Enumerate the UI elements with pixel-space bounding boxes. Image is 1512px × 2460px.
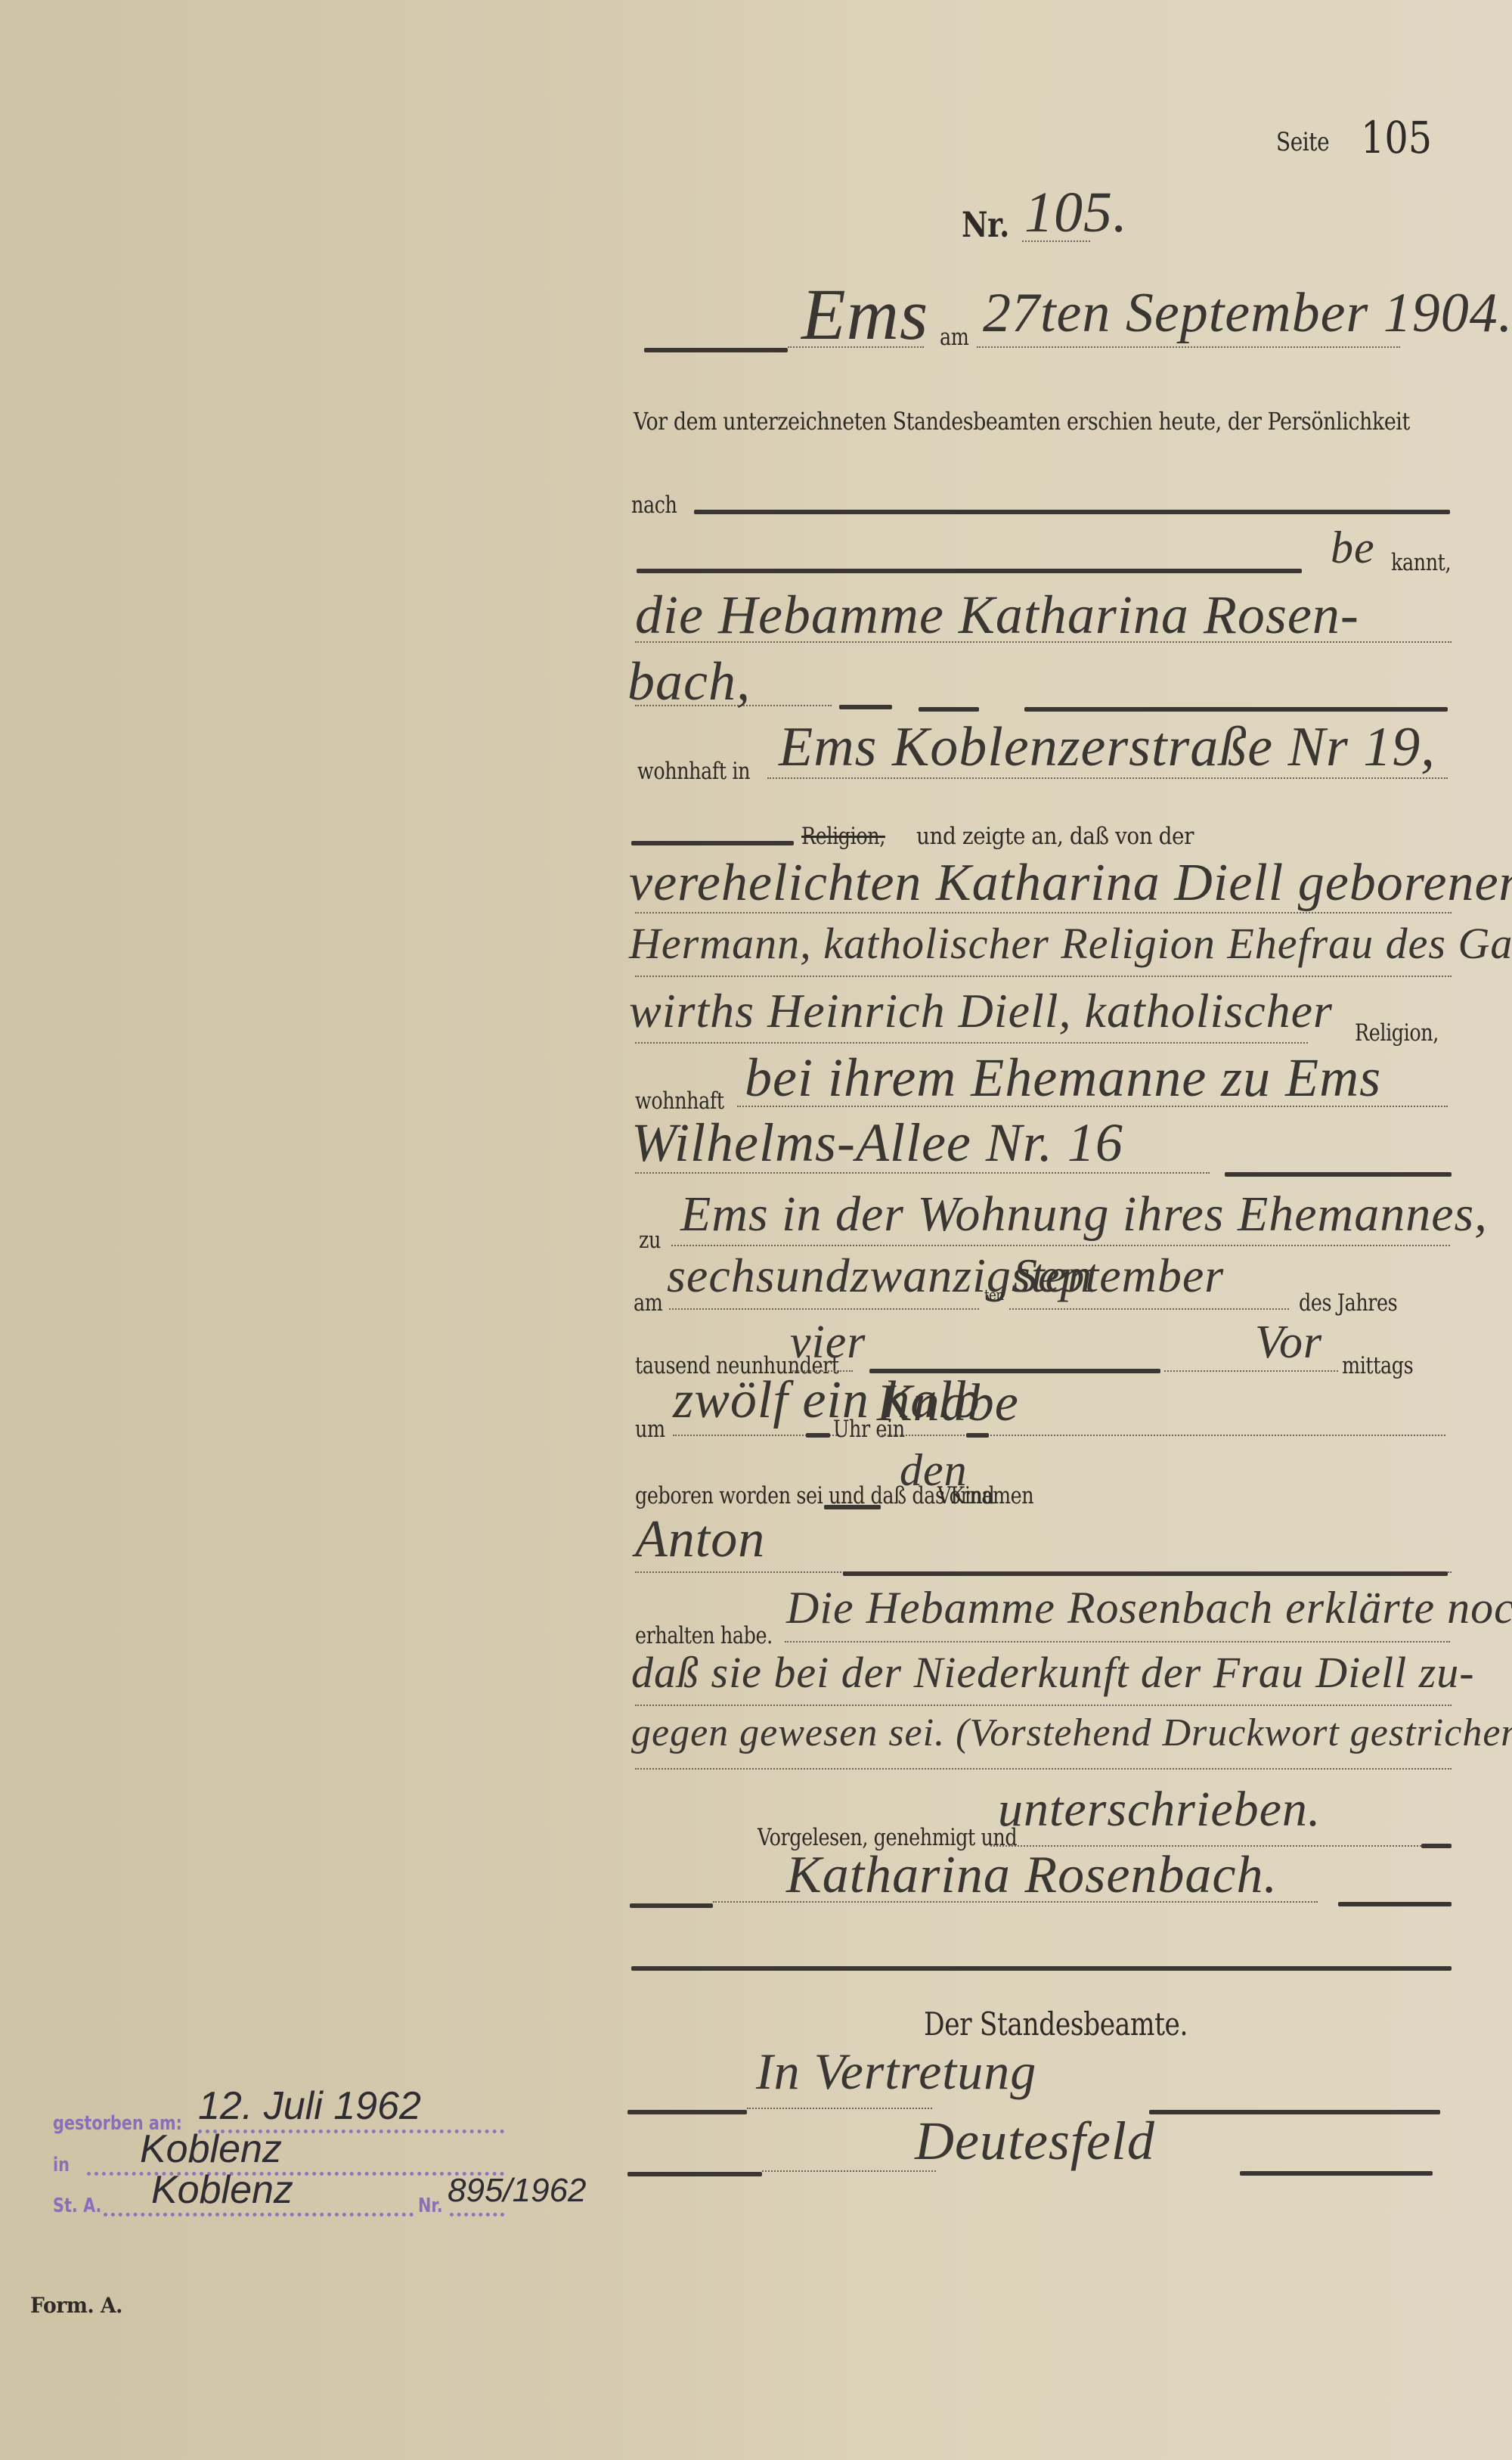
mother-line-2 — [635, 976, 1452, 977]
remark-line-3 — [635, 1768, 1452, 1770]
record-number-label: Nr. — [962, 204, 1009, 245]
official-line-2 — [762, 2170, 936, 2172]
um-label: um — [635, 1416, 665, 1443]
date-line — [977, 346, 1400, 348]
den-rule — [824, 1505, 881, 1509]
vorgelesen-rule — [1421, 1844, 1452, 1848]
mother-name-3: wirths Heinrich Diell, katholischer — [629, 983, 1333, 1039]
mittags-label: mittags — [1342, 1352, 1413, 1379]
form-label: Form. A. — [30, 2293, 122, 2318]
stamp-in-label: in — [53, 2154, 70, 2176]
remark-1: Die Hebamme Rosenbach erklärte noch, — [786, 1582, 1512, 1634]
bekannt-prefix: be — [1331, 522, 1375, 574]
separator-rule — [631, 1966, 1452, 1971]
mother-residence-2: Wilhelms-Allee Nr. 16 — [631, 1112, 1123, 1174]
vornamen-label: Vornamen — [937, 1482, 1033, 1509]
stamp-death-date: 12. Juli 1962 — [198, 2083, 421, 2129]
stamp-registry-line — [104, 2213, 414, 2216]
mother-residence-1: bei ihrem Ehemanne zu Ems — [745, 1047, 1381, 1109]
religion-rule — [631, 841, 794, 845]
official-rule-2a — [627, 2172, 762, 2176]
signature-rule-right — [1338, 1902, 1452, 1906]
stamp-nr-label: Nr. — [418, 2195, 443, 2217]
official-signature-2: Deutesfeld — [915, 2110, 1155, 2173]
ten-suffix: ten — [984, 1286, 1004, 1304]
wohnhaft-label: wohnhaft — [635, 1087, 724, 1115]
child-sex-rule — [966, 1433, 989, 1438]
bekannt-rule — [637, 569, 1302, 573]
birth-place-line — [671, 1245, 1450, 1246]
erhalten-label: erhalten habe. — [635, 1622, 773, 1649]
child-name: Anton — [635, 1509, 765, 1570]
registration-place: Ems — [801, 272, 928, 356]
informant-signature: Katharina Rosenbach. — [786, 1845, 1278, 1906]
official-signature-1: In Vertretung — [756, 2042, 1036, 2102]
informant-rule-b — [919, 707, 979, 712]
remark-2: daß sie bei der Niederkunft der Frau Die… — [631, 1647, 1475, 1698]
mother-line-3 — [635, 1042, 1308, 1044]
wohnhaft-in-label: wohnhaft in — [637, 758, 750, 785]
official-rule-2b — [1240, 2171, 1433, 2176]
am-label: am — [940, 324, 968, 351]
birth-month-line — [1009, 1308, 1289, 1310]
mother-name-2: Hermann, katholischer Religion Ehefrau d… — [629, 918, 1512, 969]
am-label-2: am — [634, 1289, 662, 1317]
informant-name-2: bach, — [627, 650, 751, 713]
intro-text: Vor dem unterzeichneten Standesbeamten e… — [634, 407, 1410, 436]
remark-line-1 — [785, 1641, 1450, 1643]
official-rule-1a — [627, 2110, 747, 2114]
und-zeigte-an-label: und zeigte an, daß von der — [916, 823, 1194, 850]
signature-rule-left — [630, 1903, 713, 1908]
child-sex-line — [878, 1435, 1445, 1436]
nach-rule — [694, 510, 1450, 514]
bekannt-label: kannt, — [1391, 549, 1451, 576]
mother-residence-rule — [1225, 1172, 1452, 1177]
birth-day-line — [669, 1308, 979, 1310]
registration-date: 27ten September 1904. — [983, 281, 1512, 346]
religion-struck-label: Religion, — [801, 823, 885, 850]
official-rule-1b — [1149, 2110, 1440, 2114]
page-number: 105 — [1361, 112, 1432, 163]
child-sex: Knabe — [877, 1373, 1019, 1434]
informant-rule-a — [839, 705, 892, 709]
remark-3: gegen gewesen sei. (Vorstehend Druckwort… — [631, 1711, 1512, 1755]
mother-name-1: verehelichten Katharina Diell geborenen — [629, 853, 1512, 914]
zu-label: zu — [639, 1227, 661, 1254]
unterschrieben-hand: unterschrieben. — [998, 1781, 1321, 1838]
standesbeamte-label: Der Standesbeamte. — [924, 2006, 1188, 2043]
stamp-death-place: Koblenz — [140, 2127, 282, 2172]
stamp-death-place-line — [87, 2172, 504, 2176]
stamp-registry-office: Koblenz — [151, 2167, 293, 2213]
stamp-nr-line — [450, 2213, 504, 2216]
des-jahres-label: des Jahres — [1299, 1289, 1397, 1317]
birth-time-rule — [806, 1433, 830, 1438]
birth-place: Ems in der Wohnung ihres Ehemannes, — [680, 1186, 1488, 1243]
vor-line — [1164, 1370, 1338, 1372]
place-rule — [644, 348, 788, 352]
informant-residence: Ems Koblenzerstraße Nr 19, — [779, 715, 1436, 780]
nach-label: nach — [631, 492, 677, 519]
informant-rule-c — [1024, 707, 1448, 712]
stamp-sta-label: St. A. — [53, 2195, 101, 2217]
record-number-value: 105. — [1024, 180, 1128, 246]
stamp-death-record-number: 895/1962 — [448, 2172, 587, 2210]
vor-hand: Vor — [1255, 1316, 1322, 1370]
birth-year-word: vier — [790, 1316, 866, 1370]
page-label: Seite — [1276, 127, 1329, 157]
birth-month: September — [1013, 1248, 1224, 1304]
religion-label: Religion, — [1355, 1019, 1439, 1047]
official-line-1 — [747, 2108, 932, 2109]
informant-name-1: die Hebamme Katharina Rosen- — [635, 584, 1359, 647]
remark-line-2 — [635, 1705, 1452, 1706]
child-name-rule — [843, 1571, 1448, 1576]
